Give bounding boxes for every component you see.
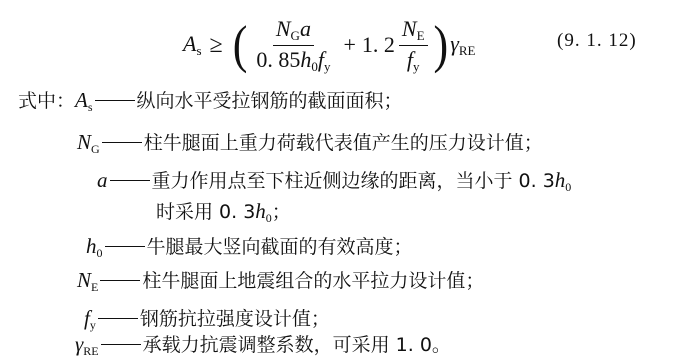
tail-symbol: h0 <box>555 168 572 195</box>
symbol-main: h <box>86 234 97 258</box>
symbol: NG <box>77 130 100 157</box>
definition-gamma-re: γRE 承载力抗震调整系数，可采用 1. 0。 <box>75 330 451 359</box>
symbol-sub: RE <box>83 344 98 358</box>
em-dash <box>101 344 141 345</box>
symbol-sub: 0 <box>565 180 571 194</box>
coefficient: 0. 85 <box>256 47 300 72</box>
symbol-main: N <box>77 130 91 154</box>
symbol: a <box>97 168 108 193</box>
definition-a: a 重力作用点至下柱近侧边缘的距离，当小于 0. 3 h0 <box>97 166 571 195</box>
definition-h0: h0 牛腿最大竖向截面的有效高度； <box>86 232 413 261</box>
gamma-term: γRE <box>450 31 475 59</box>
h-symbol: h <box>300 47 311 72</box>
tail-symbol: h0 <box>255 199 272 226</box>
symbol-sub: G <box>91 142 100 156</box>
definition-text: 柱牛腿面上重力荷载代表值产生的压力设计值； <box>144 128 543 155</box>
fraction-1-numerator: NGa <box>273 17 314 46</box>
intro-label: 式中： <box>18 86 75 113</box>
symbol-main: a <box>97 168 108 192</box>
plus-sign: + <box>343 32 355 58</box>
continuation-text: 时采用 0. 3 <box>156 197 255 224</box>
symbol: γRE <box>75 332 99 359</box>
lhs-term: As <box>183 31 202 59</box>
definition-as: 式中： As 纵向水平受拉钢筋的截面面积； <box>18 86 403 115</box>
definition-a-continuation: 时采用 0. 3 h0 ； <box>156 197 291 226</box>
em-dash <box>105 246 145 247</box>
definition-ng: NG 柱牛腿面上重力荷载代表值产生的压力设计值； <box>77 128 543 157</box>
gamma-subscript: RE <box>459 43 476 58</box>
symbol-sub: E <box>91 280 98 294</box>
equation-number: (9. 1. 12) <box>557 30 637 52</box>
fraction-2-denominator: fy <box>404 46 423 74</box>
symbol: As <box>75 88 93 115</box>
ng-symbol: N <box>276 16 291 41</box>
symbol-main: N <box>77 268 91 292</box>
fraction-1: NGa 0. 85h0fy <box>253 17 333 73</box>
fraction-2: NE fy <box>399 17 428 73</box>
em-dash <box>110 180 150 181</box>
em-dash <box>98 318 138 319</box>
lhs-subscript: s <box>196 43 201 58</box>
f-subscript: y <box>324 59 331 74</box>
formula: As ≥ ( NGa 0. 85h0fy + 1. 2 NE fy ) γRE <box>183 14 475 76</box>
left-paren: ( <box>233 19 248 72</box>
definition-text: 重力作用点至下柱近侧边缘的距离，当小于 0. 3 <box>152 166 555 193</box>
gamma-symbol: γ <box>450 31 459 56</box>
symbol: fy <box>84 306 96 333</box>
symbol: h0 <box>86 234 103 261</box>
symbol-main: h <box>255 199 266 223</box>
ne-symbol: N <box>402 16 417 41</box>
symbol: NE <box>77 268 98 295</box>
a-symbol: a <box>300 16 311 41</box>
definition-ne: NE 柱牛腿面上地震组合的水平拉力设计值； <box>77 266 484 295</box>
ng-subscript: G <box>291 28 300 43</box>
definition-text: 柱牛腿面上地震组合的水平拉力设计值； <box>142 266 484 293</box>
em-dash <box>102 142 142 143</box>
tail-text: ； <box>272 197 291 224</box>
right-paren: ) <box>434 19 449 72</box>
definition-text: 纵向水平受拉钢筋的截面面积； <box>137 86 403 113</box>
lhs-symbol: A <box>183 31 196 56</box>
f-subscript: y <box>413 59 420 74</box>
coefficient-1-2: 1. 2 <box>362 32 395 58</box>
definition-text: 牛腿最大竖向截面的有效高度； <box>147 232 413 259</box>
symbol-sub: s <box>88 100 93 114</box>
definition-fy: fy 钢筋抗拉强度设计值； <box>84 304 330 333</box>
em-dash <box>100 280 140 281</box>
fraction-1-denominator: 0. 85h0fy <box>253 46 333 74</box>
symbol-sub: 0 <box>97 246 103 260</box>
relation-symbol: ≥ <box>210 32 223 59</box>
fraction-2-numerator: NE <box>399 17 428 46</box>
em-dash <box>95 100 135 101</box>
symbol-main: A <box>75 88 88 112</box>
ne-subscript: E <box>417 28 425 43</box>
symbol-main: h <box>555 168 566 192</box>
definition-text: 钢筋抗拉强度设计值； <box>140 304 330 331</box>
definition-text: 承载力抗震调整系数，可采用 1. 0。 <box>143 330 451 357</box>
